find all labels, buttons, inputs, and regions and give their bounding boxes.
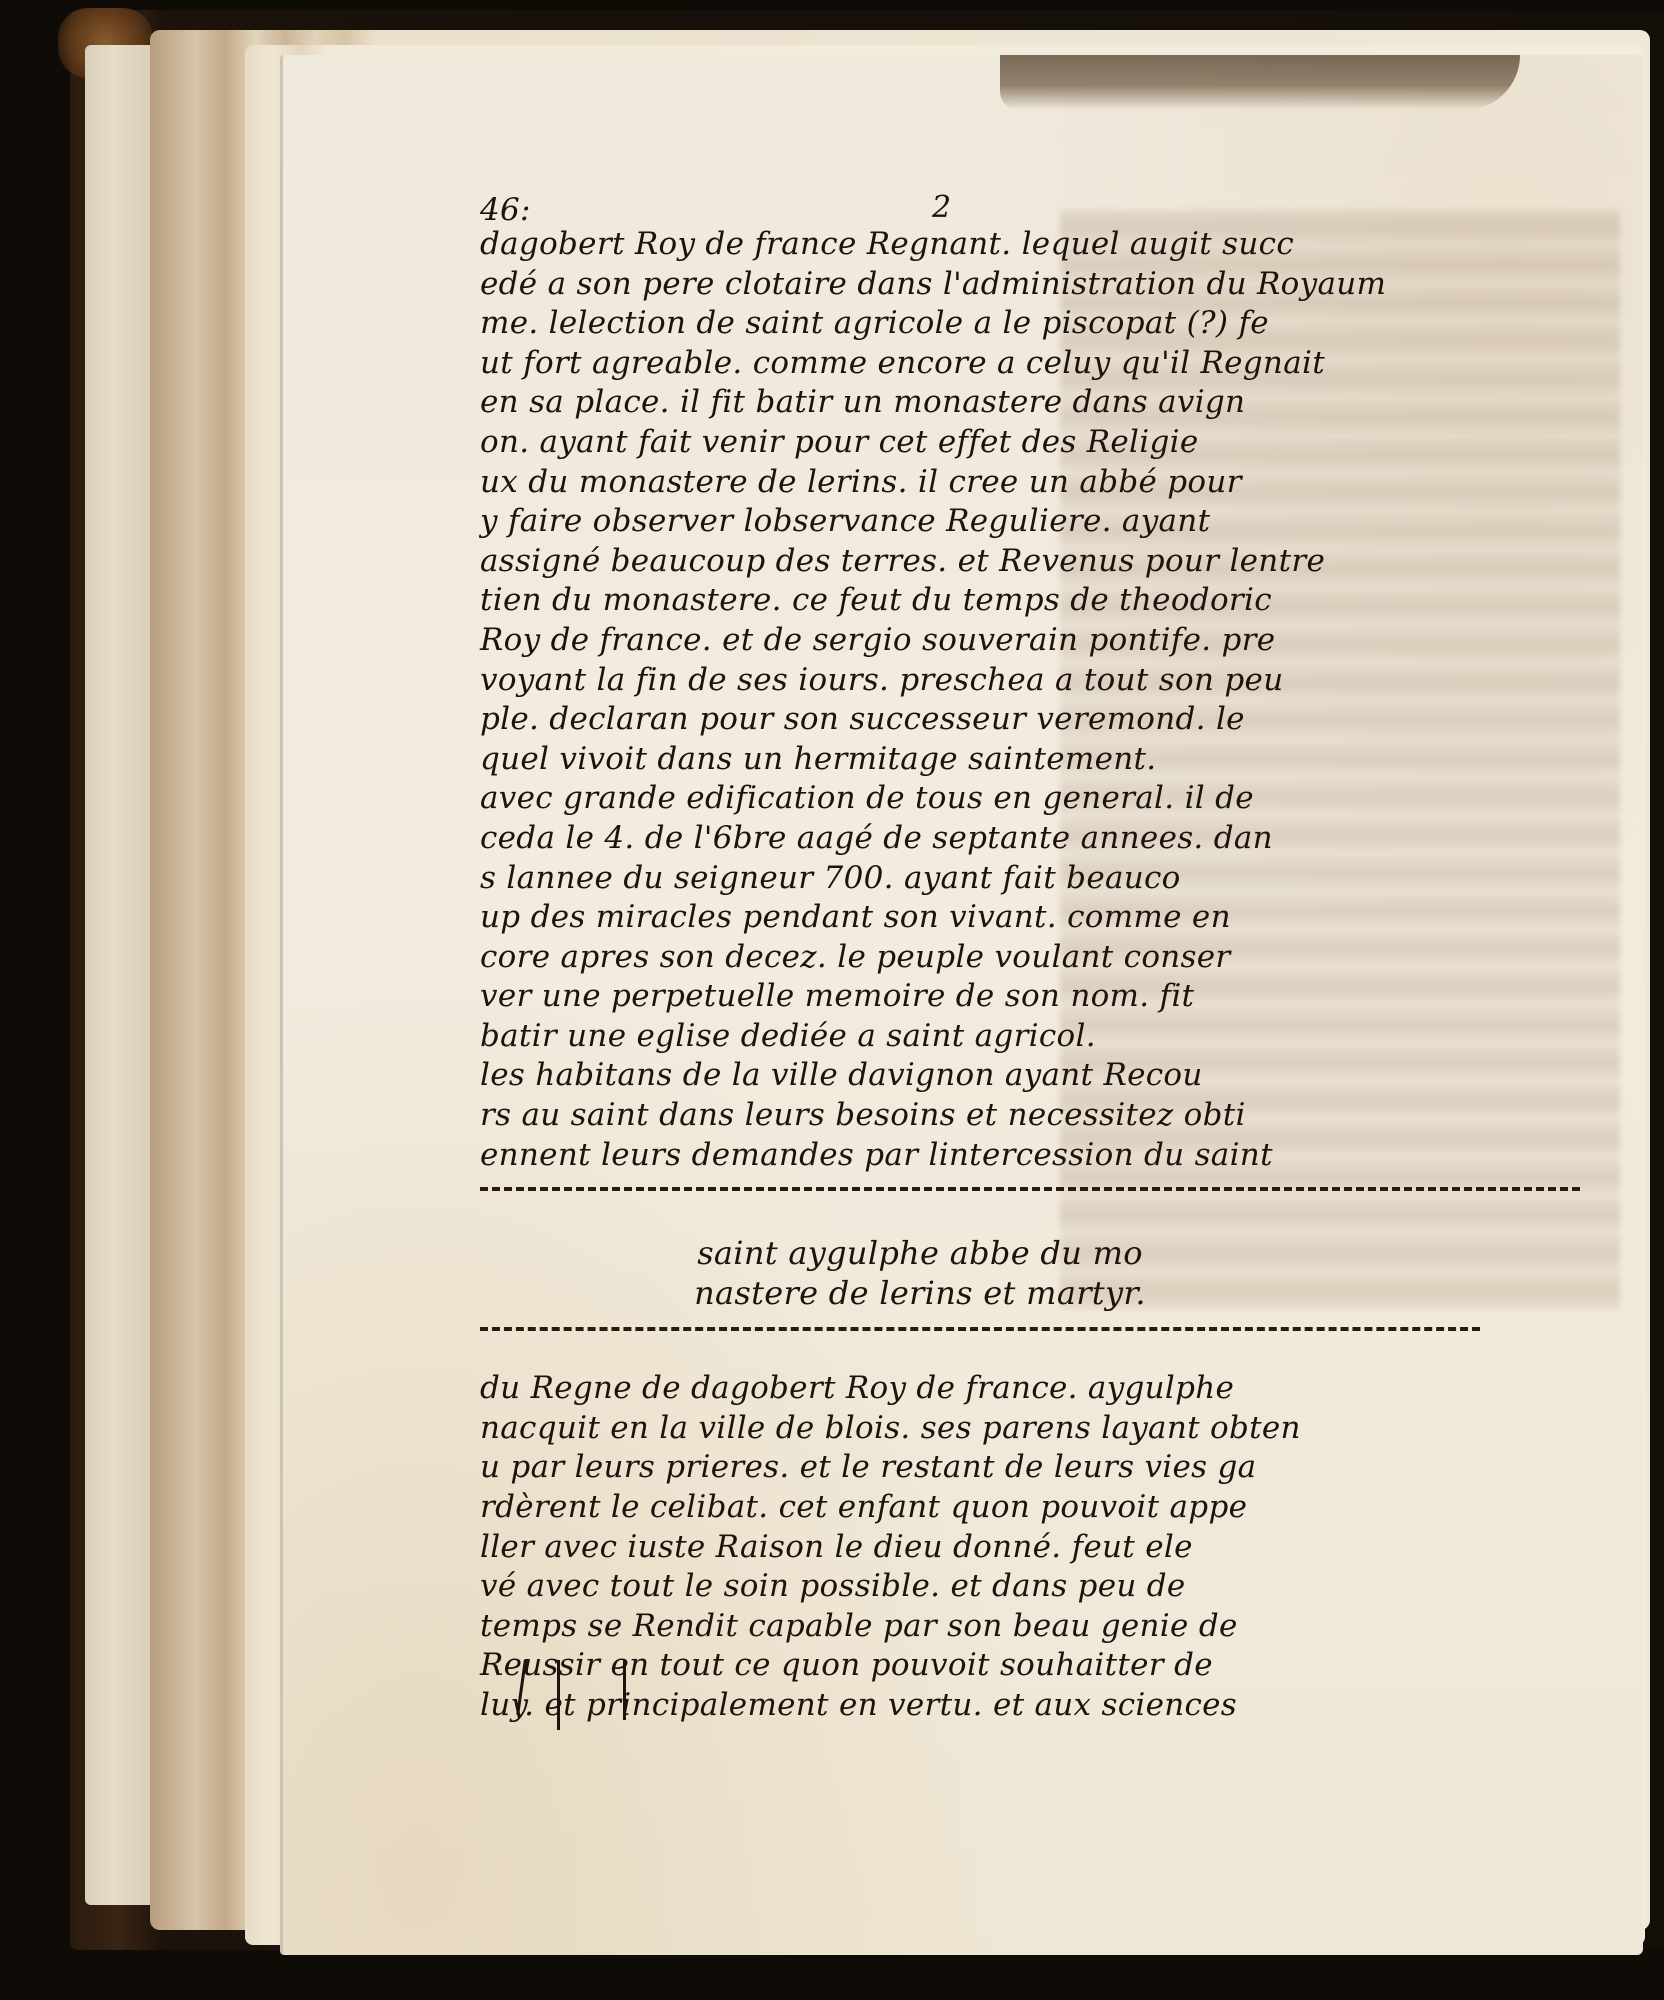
text-line: ennent leurs demandes par lintercession … xyxy=(480,1136,1610,1176)
water-stain xyxy=(1000,55,1520,110)
heading-line: nastere de lerins et martyr. xyxy=(480,1273,1360,1313)
text-line: me. lelection de saint agricole a le pis… xyxy=(480,304,1610,344)
text-line: Reussir en tout ce quon pouvoit souhaitt… xyxy=(480,1646,1610,1686)
section-heading: saint aygulphe abbe du mo nastere de ler… xyxy=(480,1229,1610,1313)
dashed-separator-bottom xyxy=(480,1327,1480,1361)
text-line: assigné beaucoup des terres. et Revenus … xyxy=(480,542,1610,582)
text-line: du Regne de dagobert Roy de france. aygu… xyxy=(480,1369,1610,1409)
text-line: edé a son pere clotaire dans l'administr… xyxy=(480,265,1610,305)
text-line: y faire observer lobservance Reguliere. … xyxy=(480,502,1610,542)
text-line: temps se Rendit capable par son beau gen… xyxy=(480,1607,1610,1647)
text-line: avec grande edification de tous en gener… xyxy=(480,779,1610,819)
text-line: luy. et principalement en vertu. et aux … xyxy=(480,1686,1610,1726)
text-line: nacquit en la ville de blois. ses parens… xyxy=(480,1409,1610,1449)
text-line: en sa place. il fit batir un monastere d… xyxy=(480,383,1610,423)
text-line: tien du monastere. ce feut du temps de t… xyxy=(480,581,1610,621)
heading-line: saint aygulphe abbe du mo xyxy=(480,1233,1360,1273)
text-line: les habitans de la ville davignon ayant … xyxy=(480,1056,1610,1096)
page-number: 46: xyxy=(480,195,1610,225)
text-line: on. ayant fait venir pour cet effet des … xyxy=(480,423,1610,463)
text-line: rs au saint dans leurs besoins et necess… xyxy=(480,1096,1610,1136)
text-line: ver une perpetuelle memoire de son nom. … xyxy=(480,977,1610,1017)
descender-stroke xyxy=(623,1660,626,1720)
text-line: ceda le 4. de l'6bre aagé de septante an… xyxy=(480,819,1610,859)
text-line: ple. declaran pour son successeur veremo… xyxy=(480,700,1610,740)
text-line: ux du monastere de lerins. il cree un ab… xyxy=(480,463,1610,503)
flyleaf xyxy=(85,45,155,1905)
dashed-separator-top xyxy=(480,1187,1580,1221)
text-line: voyant la fin de ses iours. preschea a t… xyxy=(480,661,1610,701)
text-line: ut fort agreable. comme encore a celuy q… xyxy=(480,344,1610,384)
text-line: Roy de france. et de sergio souverain po… xyxy=(480,621,1610,661)
manuscript-text: 46: dagobert Roy de france Regnant. lequ… xyxy=(480,195,1610,1726)
text-line: u par leurs prieres. et le restant de le… xyxy=(480,1448,1610,1488)
text-line: batir une eglise dediée a saint agricol. xyxy=(480,1017,1610,1057)
paragraph-1: dagobert Roy de france Regnant. lequel a… xyxy=(480,225,1610,1175)
text-line: core apres son decez. le peuple voulant … xyxy=(480,938,1610,978)
text-line: up des miracles pendant son vivant. comm… xyxy=(480,898,1610,938)
text-line: s lannee du seigneur 700. ayant fait bea… xyxy=(480,859,1610,899)
text-line: dagobert Roy de france Regnant. lequel a… xyxy=(480,225,1610,265)
text-line: quel vivoit dans un hermitage saintement… xyxy=(480,740,1610,780)
descender-stroke xyxy=(557,1660,560,1730)
text-line: rdèrent le celibat. cet enfant quon pouv… xyxy=(480,1488,1610,1528)
paragraph-2: du Regne de dagobert Roy de france. aygu… xyxy=(480,1369,1610,1725)
text-line: ller avec iuste Raison le dieu donné. fe… xyxy=(480,1528,1610,1568)
text-line: vé avec tout le soin possible. et dans p… xyxy=(480,1567,1610,1607)
